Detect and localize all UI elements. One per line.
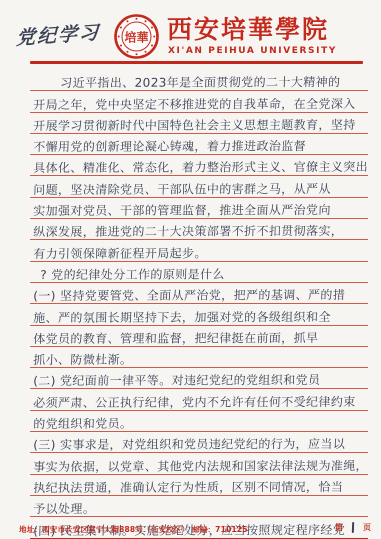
handwritten-line: 纵深发展，推进党的二十大决策部署不折不扣贯彻落实， [30, 219, 368, 240]
line-text: 纵深发展，推进党的二十大决策部署不折不扣贯彻落实， [33, 224, 343, 239]
handwritten-line: 体党员的教育、管理和监督，把纪律挺在前面，抓早 [30, 326, 368, 347]
page-footer: 地址：西安市长安区常宁大街888号（长安校区） 邮编：710125 第 页 [0, 521, 381, 539]
header-divider [30, 61, 363, 64]
handwritten-line: 执纪执法贯通，准确认定行为性质，区别不同情况，恰当 [30, 475, 368, 496]
handwritten-line: 予以处理。 [30, 496, 368, 517]
line-text: 不懈用党的创新理论凝心铸魂，着力推进政治监督 [33, 139, 306, 154]
handwritten-line: 问题，坚决清除党员、干部队伍中的害群之马，从严从 [30, 176, 368, 197]
writing-area: 习近平指出、2023年是全面贯彻党的二十大精神的 开局之年，党中央坚定不移推进党… [30, 70, 368, 539]
university-name-en: XI'AN PEIHUA UNIVERSITY [168, 46, 368, 56]
line-text: 予以处理。 [33, 502, 95, 516]
line-text: 具体化、精准化、常态化，着力整治形式主义、官僚主义突出 [33, 160, 368, 175]
handwritten-line: 施、严的氛围长期坚持下去，加强对党的各级组织和全 [30, 304, 368, 325]
seal-glyph: 培華 [124, 30, 148, 45]
line-text: 开局之年，党中央坚定不移推进党的自我革命，在全党深入 [33, 96, 356, 111]
page-prefix-label: 第 [335, 522, 343, 533]
line-text: 事实为依据，以党章、其他党内法规和国家法律法规为准绳， [33, 458, 368, 473]
handwritten-line: (二) 党纪面前一律平等。对违纪党纪的党组织和党员 [30, 368, 368, 389]
line-text: ? 党的纪律处分工作的原则是什么 [40, 267, 225, 282]
handwritten-line: 习近平指出、2023年是全面贯彻党的二十大精神的 [30, 70, 368, 91]
handwritten-line: 开局之年，党中央坚定不移推进党的自我革命，在全党深入 [30, 91, 368, 112]
handwritten-line: (三) 实事求是，对党组织和党员违纪党纪的行为，应当以 [30, 432, 368, 453]
handwritten-line: 抓小、防微杜渐。 [30, 347, 368, 368]
line-text: 实加强对党员、干部的管理监督，推进全面从严治党向 [33, 203, 331, 218]
university-name-cn: 西安培華學院 [167, 16, 367, 44]
footer-address: 地址：西安市长安区常宁大街888号（长安校区） 邮编：710125 [19, 524, 248, 535]
line-text: 必须严肃、公正执行纪律，党内不允许有任何不受纪律约束 [33, 395, 356, 410]
handwritten-line: 的党组织和党员。 [30, 411, 368, 432]
university-seal-icon: 培華 [114, 14, 159, 59]
line-text: 习近平指出、2023年是全面贯彻党的二十大精神的 [60, 75, 341, 90]
line-text: (二) 党纪面前一律平等。对违纪党纪的党组织和党员 [33, 373, 321, 388]
line-text: 有力引领保障新征程开局起步。 [33, 246, 207, 261]
line-text: (一) 坚持党要管党、全面从严治党，把严的基调、严的措 [33, 288, 345, 303]
handwritten-line: 不懈用党的创新理论凝心铸魂，着力推进政治监督 [30, 134, 368, 155]
line-text: 体党员的教育、管理和监督，把纪律挺在前面，抓早 [33, 331, 319, 346]
page-number-area: 第 页 [335, 522, 371, 533]
handwritten-line: 具体化、精准化、常态化，着力整治形式主义、官僚主义突出 [30, 155, 368, 176]
page-suffix-label: 页 [363, 522, 371, 533]
handwritten-title: 党纪学习 [15, 16, 116, 59]
line-text: 开展学习贯彻新时代中国特色社会主义思想主题教育，坚持 [33, 118, 356, 133]
line-text: (三) 实事求是，对党组织和党员违纪党纪的行为，应当以 [33, 437, 345, 452]
line-text: 施、严的氛围长期坚持下去，加强对党的各级组织和全 [33, 310, 331, 325]
line-text: 的党组织和党员。 [33, 417, 133, 431]
handwritten-line: 开展学习贯彻新时代中国特色社会主义思想主题教育，坚持 [30, 113, 368, 134]
handwritten-page-number [352, 522, 354, 533]
line-text: 问题，坚决清除党员、干部队伍中的害群之马，从严从 [33, 182, 331, 197]
handwritten-line: 实加强对党员、干部的管理监督，推进全面从严治党向 [30, 198, 368, 219]
handwritten-line: 事实为依据，以党章、其他党内法规和国家法律法规为准绳， [30, 453, 368, 474]
line-text: 执纪执法贯通，准确认定行为性质，区别不同情况，恰当 [33, 480, 343, 495]
handwritten-line: (一) 坚持党要管党、全面从严治党，把严的基调、严的措 [30, 283, 368, 304]
handwritten-line: 必须严肃、公正执行纪律，党内不允许有任何不受纪律约束 [30, 389, 368, 410]
letterhead-page: 党纪学习 培華 西安培華學院 XI'AN PEIHUA UNIVERSITY 习… [0, 0, 381, 539]
line-text: 抓小、防微杜渐。 [33, 353, 133, 367]
handwritten-line-question: ? 党的纪律处分工作的原则是什么 [30, 262, 368, 283]
handwritten-line: 有力引领保障新征程开局起步。 [30, 240, 368, 261]
